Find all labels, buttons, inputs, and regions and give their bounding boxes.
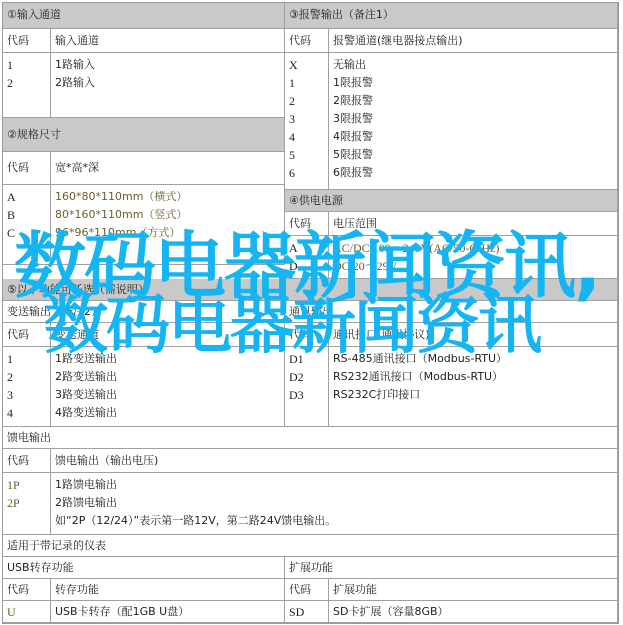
- feed-desc: 2路馈电输出: [55, 494, 613, 512]
- transmit-desc: 3路变送输出: [55, 386, 280, 404]
- feed-col-desc: 馈电输出（输出电压): [51, 449, 618, 473]
- alarm-desc: 6限报警: [333, 164, 613, 182]
- comm-code: D1: [289, 350, 324, 368]
- transmit-title: 变送输出（备注2）: [3, 301, 285, 323]
- alarm-code: 4: [289, 128, 324, 146]
- ext-desc: SD卡扩展（容量8GB）: [329, 601, 618, 623]
- power-codes: A D: [285, 236, 329, 279]
- alarm-code: 5: [289, 146, 324, 164]
- input-descs: 1路输入 2路输入: [51, 53, 285, 118]
- feed-note: 如“2P（12/24）”表示第一路12V，第二路24V馈电输出。: [55, 512, 613, 530]
- transmit-code: 1: [7, 350, 46, 368]
- power-code: D: [289, 257, 324, 275]
- spec-table: ①输入通道 代码 输入通道 1 2 1路输入 2路输入 ②规格尺寸 代码 宽*高…: [2, 2, 619, 624]
- power-desc: AC/DC 100～240V(AC/50-60Hz): [333, 239, 613, 257]
- alarm-col-code: 代码: [285, 29, 329, 53]
- size-desc: 80*160*110mm（竖式）: [55, 206, 280, 224]
- power-code: A: [289, 239, 324, 257]
- section-power-title: ④供电电源: [285, 190, 618, 212]
- transmit-desc: 4路变送输出: [55, 404, 280, 422]
- alarm-desc: 1限报警: [333, 74, 613, 92]
- transmit-desc: 1路变送输出: [55, 350, 280, 368]
- transmit-codes: 1 2 3 4: [3, 347, 51, 427]
- ext-code: SD: [285, 601, 329, 623]
- transmit-desc: 2路变送输出: [55, 368, 280, 386]
- usb-code: U: [3, 601, 51, 623]
- alarm-desc: 4限报警: [333, 128, 613, 146]
- comm-codes: D1 D2 D3: [285, 347, 329, 427]
- transmit-descs: 1路变送输出 2路变送输出 3路变送输出 4路变送输出: [51, 347, 285, 427]
- comm-title: 通讯输出: [285, 301, 618, 323]
- size-descs: 160*80*110mm（横式） 80*160*110mm（竖式） 96*96*…: [51, 185, 285, 265]
- power-descs: AC/DC 100～240V(AC/50-60Hz) DC 20～29V: [329, 236, 618, 279]
- comm-desc: RS232C打印接口: [333, 386, 613, 404]
- input-code: 1: [7, 56, 46, 74]
- power-desc: DC 20～29V: [333, 257, 613, 275]
- alarm-code: X: [289, 56, 324, 74]
- input-code: 2: [7, 74, 46, 92]
- comm-desc: RS232通讯接口（Modbus-RTU）: [333, 368, 613, 386]
- alarm-desc: 无输出: [333, 56, 613, 74]
- feed-desc: 1路馈电输出: [55, 476, 613, 494]
- transmit-code: 2: [7, 368, 46, 386]
- usb-col-code: 代码: [3, 579, 51, 601]
- comm-descs: RS-485通讯接口（Modbus-RTU） RS232通讯接口（Modbus-…: [329, 347, 618, 427]
- section-input-title: ①输入通道: [3, 3, 285, 29]
- ext-col-desc: 扩展功能: [329, 579, 618, 601]
- comm-code: D3: [289, 386, 324, 404]
- transmit-col-desc: 变送通道: [51, 323, 285, 347]
- alarm-code: 2: [289, 92, 324, 110]
- alarm-desc: 5限报警: [333, 146, 613, 164]
- alarm-col-desc: 报警通道(继电器接点输出): [329, 29, 618, 53]
- ext-col-code: 代码: [285, 579, 329, 601]
- alarm-desc: 3限报警: [333, 110, 613, 128]
- usb-title: USB转存功能: [3, 557, 285, 579]
- ext-title: 扩展功能: [285, 557, 618, 579]
- section-feed-title: 馈电输出: [3, 427, 618, 449]
- alarm-code: 6: [289, 164, 324, 182]
- size-codes: A B C: [3, 185, 51, 265]
- comm-col-code: 代码: [285, 323, 329, 347]
- input-col-desc: 输入通道: [51, 29, 285, 53]
- size-desc: 160*80*110mm（横式）: [55, 188, 280, 206]
- feed-code: 2P: [7, 494, 46, 512]
- power-col-desc: 电压范围: [329, 212, 618, 236]
- alarm-desc: 2限报警: [333, 92, 613, 110]
- feed-descs: 1路馈电输出 2路馈电输出 如“2P（12/24）”表示第一路12V，第二路24…: [51, 473, 618, 535]
- input-desc: 1路输入: [55, 56, 280, 74]
- input-desc: 2路输入: [55, 74, 280, 92]
- size-col-code: 代码: [3, 152, 51, 185]
- transmit-col-code: 代码: [3, 323, 51, 347]
- size-code: A: [7, 188, 46, 206]
- comm-code: D2: [289, 368, 324, 386]
- section-size-title: ②规格尺寸: [3, 118, 285, 152]
- transmit-code: 3: [7, 386, 46, 404]
- section-record-title: 适用于带记录的仪表: [3, 535, 618, 557]
- alarm-codes: X 1 2 3 4 5 6: [285, 53, 329, 190]
- section-optional-title: ⑤以下功能可任选（需说明）: [3, 279, 618, 301]
- size-code: B: [7, 206, 46, 224]
- feed-col-code: 代码: [3, 449, 51, 473]
- size-desc: 96*96*110mm（方式）: [55, 224, 280, 242]
- section-alarm-title: ③报警输出（备注1）: [285, 3, 618, 29]
- input-codes: 1 2: [3, 53, 51, 118]
- comm-desc: RS-485通讯接口（Modbus-RTU）: [333, 350, 613, 368]
- power-col-code: 代码: [285, 212, 329, 236]
- comm-col-desc: 通讯接口(通讯协议): [329, 323, 618, 347]
- usb-desc: USB卡转存（配1GB U盘）: [51, 601, 285, 623]
- feed-code: 1P: [7, 476, 46, 494]
- size-code: C: [7, 224, 46, 242]
- feed-codes: 1P 2P: [3, 473, 51, 535]
- alarm-code: 1: [289, 74, 324, 92]
- transmit-code: 4: [7, 404, 46, 422]
- size-col-desc: 宽*高*深: [51, 152, 285, 185]
- alarm-descs: 无输出 1限报警 2限报警 3限报警 4限报警 5限报警 6限报警: [329, 53, 618, 190]
- input-col-code: 代码: [3, 29, 51, 53]
- alarm-code: 3: [289, 110, 324, 128]
- usb-col-desc: 转存功能: [51, 579, 285, 601]
